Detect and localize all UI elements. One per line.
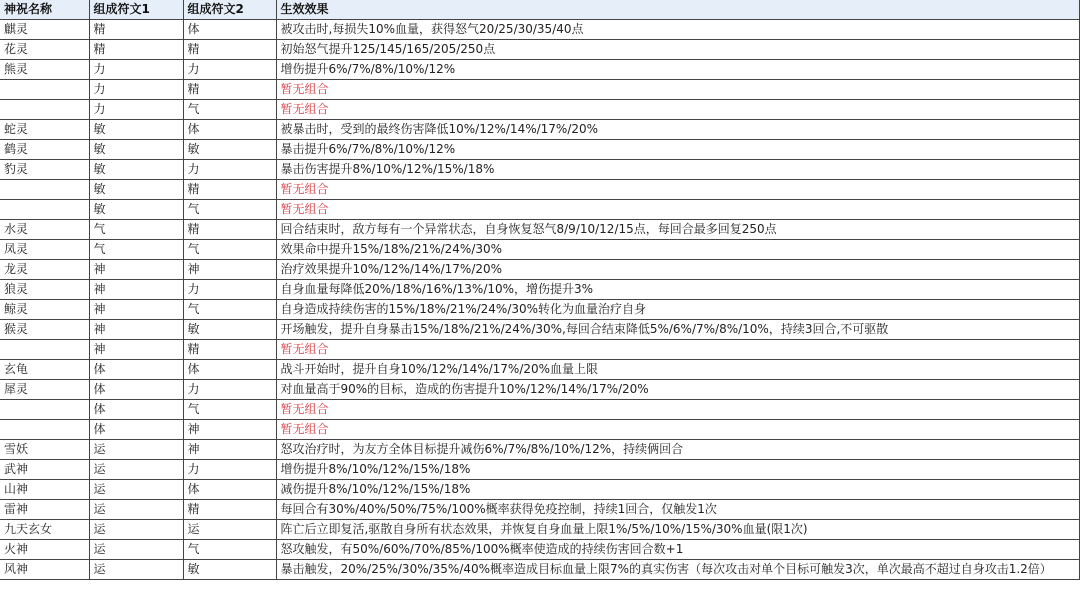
cell-effect: 开场触发，提升自身暴击15%/18%/21%/24%/30%,每回合结束降低5%… <box>276 320 1079 340</box>
header-effect: 生效效果 <box>276 0 1079 20</box>
cell-name: 鹤灵 <box>0 140 89 160</box>
table-row: 力气暂无组合 <box>0 100 1079 120</box>
table-row: 猴灵神敏开场触发，提升自身暴击15%/18%/21%/24%/30%,每回合结束… <box>0 320 1079 340</box>
cell-rune2: 体 <box>183 20 276 40</box>
cell-rune1: 力 <box>89 100 183 120</box>
cell-rune2: 体 <box>183 360 276 380</box>
cell-rune1: 精 <box>89 20 183 40</box>
cell-rune1: 敏 <box>89 160 183 180</box>
cell-rune2: 力 <box>183 460 276 480</box>
cell-rune1: 敏 <box>89 200 183 220</box>
cell-rune2: 神 <box>183 420 276 440</box>
cell-rune2: 敏 <box>183 140 276 160</box>
cell-effect: 暂无组合 <box>276 420 1079 440</box>
cell-effect: 对血量高于90%的目标，造成的伤害提升10%/12%/14%/17%/20% <box>276 380 1079 400</box>
header-name: 神祝名称 <box>0 0 89 20</box>
cell-name <box>0 340 89 360</box>
table-row: 玄龟体体战斗开始时，提升自身10%/12%/14%/17%/20%血量上限 <box>0 360 1079 380</box>
cell-rune2: 体 <box>183 480 276 500</box>
cell-effect: 效果命中提升15%/18%/21%/24%/30% <box>276 240 1079 260</box>
cell-name: 龙灵 <box>0 260 89 280</box>
cell-rune1: 运 <box>89 460 183 480</box>
cell-rune2: 神 <box>183 440 276 460</box>
cell-effect: 暂无组合 <box>276 340 1079 360</box>
header-rune2: 组成符文2 <box>183 0 276 20</box>
cell-rune2: 神 <box>183 260 276 280</box>
cell-rune2: 运 <box>183 520 276 540</box>
cell-name: 武神 <box>0 460 89 480</box>
table-row: 体神暂无组合 <box>0 420 1079 440</box>
cell-rune1: 运 <box>89 500 183 520</box>
cell-name: 花灵 <box>0 40 89 60</box>
cell-name <box>0 400 89 420</box>
cell-effect: 战斗开始时，提升自身10%/12%/14%/17%/20%血量上限 <box>276 360 1079 380</box>
cell-name: 九天玄女 <box>0 520 89 540</box>
cell-rune1: 气 <box>89 220 183 240</box>
cell-rune1: 神 <box>89 280 183 300</box>
cell-rune2: 敏 <box>183 320 276 340</box>
table-row: 豹灵敏力暴击伤害提升8%/10%/12%/15%/18% <box>0 160 1079 180</box>
cell-effect: 怒攻治疗时，为友方全体目标提升减伤6%/7%/8%/10%/12%，持续俩回合 <box>276 440 1079 460</box>
cell-rune2: 敏 <box>183 560 276 580</box>
cell-rune1: 气 <box>89 240 183 260</box>
cell-name: 麒灵 <box>0 20 89 40</box>
cell-effect: 被暴击时，受到的最终伤害降低10%/12%/14%/17%/20% <box>276 120 1079 140</box>
cell-name <box>0 80 89 100</box>
table-row: 熊灵力力增伤提升6%/7%/8%/10%/12% <box>0 60 1079 80</box>
cell-rune1: 力 <box>89 80 183 100</box>
cell-name: 雷神 <box>0 500 89 520</box>
cell-rune1: 运 <box>89 480 183 500</box>
cell-name: 鲸灵 <box>0 300 89 320</box>
cell-rune2: 力 <box>183 60 276 80</box>
table-row: 雪妖运神怒攻治疗时，为友方全体目标提升减伤6%/7%/8%/10%/12%，持续… <box>0 440 1079 460</box>
cell-name: 犀灵 <box>0 380 89 400</box>
table-row: 水灵气精回合结束时，敌方每有一个异常状态，自身恢复怒气8/9/10/12/15点… <box>0 220 1079 240</box>
cell-effect: 治疗效果提升10%/12%/14%/17%/20% <box>276 260 1079 280</box>
cell-name <box>0 100 89 120</box>
cell-effect: 暴击伤害提升8%/10%/12%/15%/18% <box>276 160 1079 180</box>
cell-effect: 增伤提升8%/10%/12%/15%/18% <box>276 460 1079 480</box>
table-row: 风神运敏暴击触发，20%/25%/30%/35%/40%概率造成目标血量上限7%… <box>0 560 1079 580</box>
cell-effect: 自身造成持续伤害的15%/18%/21%/24%/30%转化为血量治疗自身 <box>276 300 1079 320</box>
cell-name: 雪妖 <box>0 440 89 460</box>
rune-combination-table: 神祝名称 组成符文1 组成符文2 生效效果 麒灵精体被攻击时,每损失10%血量，… <box>0 0 1080 580</box>
cell-rune2: 精 <box>183 340 276 360</box>
table-row: 狼灵神力自身血量每降低20%/18%/16%/13%/10%，增伤提升3% <box>0 280 1079 300</box>
cell-effect: 初始怒气提升125/145/165/205/250点 <box>276 40 1079 60</box>
cell-rune1: 体 <box>89 380 183 400</box>
table-row: 神精暂无组合 <box>0 340 1079 360</box>
cell-effect: 被攻击时,每损失10%血量，获得怒气20/25/30/35/40点 <box>276 20 1079 40</box>
cell-rune1: 运 <box>89 440 183 460</box>
cell-rune1: 体 <box>89 400 183 420</box>
table-row: 火神运气怒攻触发，有50%/60%/70%/85%/100%概率使造成的持续伤害… <box>0 540 1079 560</box>
cell-name: 火神 <box>0 540 89 560</box>
table-header-row: 神祝名称 组成符文1 组成符文2 生效效果 <box>0 0 1079 20</box>
cell-effect: 暂无组合 <box>276 80 1079 100</box>
table-row: 山神运体减伤提升8%/10%/12%/15%/18% <box>0 480 1079 500</box>
cell-rune1: 体 <box>89 360 183 380</box>
cell-name: 凤灵 <box>0 240 89 260</box>
cell-effect: 阵亡后立即复活,驱散自身所有状态效果，并恢复自身血量上限1%/5%/10%/15… <box>276 520 1079 540</box>
cell-name: 狼灵 <box>0 280 89 300</box>
cell-effect: 增伤提升6%/7%/8%/10%/12% <box>276 60 1079 80</box>
table-row: 花灵精精初始怒气提升125/145/165/205/250点 <box>0 40 1079 60</box>
cell-rune1: 运 <box>89 540 183 560</box>
cell-rune2: 气 <box>183 300 276 320</box>
cell-name: 蛇灵 <box>0 120 89 140</box>
cell-effect: 暂无组合 <box>276 400 1079 420</box>
cell-name <box>0 200 89 220</box>
cell-effect: 每回合有30%/40%/50%/75%/100%概率获得免疫控制，持续1回合，仅… <box>276 500 1079 520</box>
cell-rune1: 神 <box>89 340 183 360</box>
cell-name: 玄龟 <box>0 360 89 380</box>
cell-effect: 怒攻触发，有50%/60%/70%/85%/100%概率使造成的持续伤害回合数+… <box>276 540 1079 560</box>
table-row: 龙灵神神治疗效果提升10%/12%/14%/17%/20% <box>0 260 1079 280</box>
cell-rune2: 气 <box>183 540 276 560</box>
cell-rune1: 力 <box>89 60 183 80</box>
cell-effect: 暂无组合 <box>276 180 1079 200</box>
table-row: 雷神运精每回合有30%/40%/50%/75%/100%概率获得免疫控制，持续1… <box>0 500 1079 520</box>
table-row: 九天玄女运运阵亡后立即复活,驱散自身所有状态效果，并恢复自身血量上限1%/5%/… <box>0 520 1079 540</box>
cell-name <box>0 420 89 440</box>
cell-effect: 自身血量每降低20%/18%/16%/13%/10%，增伤提升3% <box>276 280 1079 300</box>
cell-rune2: 气 <box>183 240 276 260</box>
table-body: 麒灵精体被攻击时,每损失10%血量，获得怒气20/25/30/35/40点花灵精… <box>0 20 1079 580</box>
table-row: 体气暂无组合 <box>0 400 1079 420</box>
cell-rune1: 精 <box>89 40 183 60</box>
cell-rune2: 精 <box>183 220 276 240</box>
cell-rune1: 敏 <box>89 120 183 140</box>
header-rune1: 组成符文1 <box>89 0 183 20</box>
cell-rune1: 神 <box>89 320 183 340</box>
cell-rune2: 力 <box>183 280 276 300</box>
table-row: 凤灵气气效果命中提升15%/18%/21%/24%/30% <box>0 240 1079 260</box>
table-row: 武神运力增伤提升8%/10%/12%/15%/18% <box>0 460 1079 480</box>
cell-name: 山神 <box>0 480 89 500</box>
cell-rune1: 敏 <box>89 180 183 200</box>
cell-rune1: 神 <box>89 260 183 280</box>
cell-rune1: 体 <box>89 420 183 440</box>
cell-effect: 暴击提升6%/7%/8%/10%/12% <box>276 140 1079 160</box>
cell-rune1: 运 <box>89 520 183 540</box>
table-row: 鲸灵神气自身造成持续伤害的15%/18%/21%/24%/30%转化为血量治疗自… <box>0 300 1079 320</box>
cell-name: 水灵 <box>0 220 89 240</box>
cell-name: 猴灵 <box>0 320 89 340</box>
cell-effect: 暂无组合 <box>276 100 1079 120</box>
cell-rune2: 力 <box>183 380 276 400</box>
table-row: 蛇灵敏体被暴击时，受到的最终伤害降低10%/12%/14%/17%/20% <box>0 120 1079 140</box>
table-row: 力精暂无组合 <box>0 80 1079 100</box>
cell-rune2: 气 <box>183 400 276 420</box>
cell-rune1: 敏 <box>89 140 183 160</box>
cell-rune2: 精 <box>183 180 276 200</box>
cell-rune2: 气 <box>183 100 276 120</box>
cell-rune1: 神 <box>89 300 183 320</box>
cell-name: 风神 <box>0 560 89 580</box>
cell-effect: 减伤提升8%/10%/12%/15%/18% <box>276 480 1079 500</box>
cell-name: 熊灵 <box>0 60 89 80</box>
cell-rune2: 精 <box>183 500 276 520</box>
table-row: 麒灵精体被攻击时,每损失10%血量，获得怒气20/25/30/35/40点 <box>0 20 1079 40</box>
table-row: 敏精暂无组合 <box>0 180 1079 200</box>
cell-name: 豹灵 <box>0 160 89 180</box>
cell-rune2: 气 <box>183 200 276 220</box>
table-row: 犀灵体力对血量高于90%的目标，造成的伤害提升10%/12%/14%/17%/2… <box>0 380 1079 400</box>
cell-rune1: 运 <box>89 560 183 580</box>
cell-effect: 回合结束时，敌方每有一个异常状态，自身恢复怒气8/9/10/12/15点，每回合… <box>276 220 1079 240</box>
table-row: 鹤灵敏敏暴击提升6%/7%/8%/10%/12% <box>0 140 1079 160</box>
cell-rune2: 力 <box>183 160 276 180</box>
cell-rune2: 精 <box>183 40 276 60</box>
table-row: 敏气暂无组合 <box>0 200 1079 220</box>
cell-rune2: 体 <box>183 120 276 140</box>
cell-name <box>0 180 89 200</box>
cell-rune2: 精 <box>183 80 276 100</box>
cell-effect: 暂无组合 <box>276 200 1079 220</box>
cell-effect: 暴击触发，20%/25%/30%/35%/40%概率造成目标血量上限7%的真实伤… <box>276 560 1079 580</box>
